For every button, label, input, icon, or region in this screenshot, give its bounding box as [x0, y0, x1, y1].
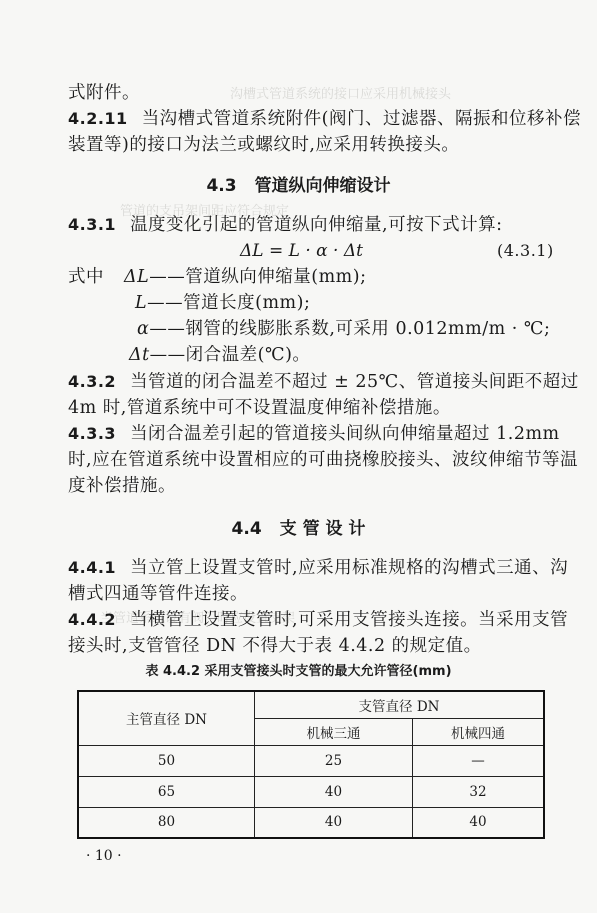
- clause-4-3-2: 4.3.2当管道的闭合温差不超过 ± 25℃、管道接头间距不超过: [68, 369, 538, 395]
- equation-number: (4.3.1): [497, 238, 554, 264]
- clause-number: 4.3.2: [68, 372, 116, 391]
- where-item-delta-t: Δt——闭合温差(℃)。: [129, 342, 597, 368]
- section-title: 支 管 设 计: [280, 519, 366, 539]
- cell-tee: 40: [255, 776, 413, 807]
- text-line: 当立管上设置支管时,应采用标准规格的沟槽式三通、沟: [130, 558, 568, 578]
- table-header-row: 主管直径 DN 支管直径 DN: [78, 691, 544, 718]
- symbol: Δt: [129, 345, 150, 365]
- clause-4-4-2-line2: 接头时,支管管径 DN 不得大于表 4.4.2 的规定值。: [68, 633, 538, 659]
- cell-cross: 40: [413, 807, 545, 838]
- clause-4-3-3: 4.3.3当闭合温差引起的管道接头间纵向伸缩量超过 1.2mm: [68, 421, 538, 447]
- cell-cross: —: [413, 745, 545, 776]
- where-label: 式中: [68, 267, 104, 287]
- cell-cross: 32: [413, 776, 545, 807]
- section-number: 4.3: [206, 176, 236, 196]
- where-item-alpha: α——钢管的线膨胀系数,可采用 0.012mm/m · ℃;: [137, 316, 597, 342]
- subheader-tee: 机械三通: [255, 718, 413, 745]
- cell-main: 80: [78, 807, 255, 838]
- page-number: · 10 ·: [86, 848, 122, 864]
- symbol: ΔL: [124, 267, 149, 287]
- text-line: 装置等)的接口为法兰或螺纹时,应采用转换接头。: [68, 135, 459, 155]
- table-caption: 表 4.4.2 采用支管接头时支管的最大允许管径(mm): [0, 662, 597, 682]
- cell-main: 65: [78, 776, 255, 807]
- text-line: 当沟槽式管道系统附件(阀门、过滤器、隔振和位移补偿: [142, 109, 581, 129]
- clause-4-4-2: 4.4.2当横管上设置支管时,可采用支管接头连接。当采用支管: [68, 607, 538, 633]
- symbol-description: 管道纵向伸缩量(mm);: [185, 267, 366, 287]
- clause-4-4-1-line2: 槽式四通等管件连接。: [68, 581, 538, 607]
- dash: ——: [149, 319, 185, 339]
- symbol: L: [135, 293, 147, 313]
- text-line: 槽式四通等管件连接。: [68, 584, 248, 604]
- formula-rhs: L · α · Δt: [289, 241, 363, 261]
- document-page: 沟槽式管道系统的接口应采用机械接头 管道的支吊架间距应符合规定 当管道系统设有阀…: [0, 0, 597, 913]
- text-line: 当横管上设置支管时,可采用支管接头连接。当采用支管: [130, 610, 568, 630]
- clause-4-2-11-line2: 装置等)的接口为法兰或螺纹时,应采用转换接头。: [68, 132, 538, 158]
- cell-tee: 40: [255, 807, 413, 838]
- symbol-description: 闭合温差(℃)。: [186, 345, 311, 365]
- clause-number: 4.3.1: [68, 215, 116, 234]
- dash: ——: [149, 267, 185, 287]
- cell-tee: 25: [255, 745, 413, 776]
- clause-number: 4.4.1: [68, 558, 116, 577]
- table-row: 65 40 32: [78, 776, 544, 807]
- dash: ——: [147, 293, 183, 313]
- section-heading-4-4: 4.4支 管 设 计: [0, 516, 597, 542]
- clause-number: 4.2.11: [68, 109, 128, 128]
- cell-main: 50: [78, 745, 255, 776]
- dash: ——: [150, 345, 186, 365]
- branch-diameter-table: 主管直径 DN 支管直径 DN 机械三通 机械四通 50 25 — 65 40 …: [77, 690, 545, 839]
- table-row: 80 40 40: [78, 807, 544, 838]
- section-heading-4-3: 4.3管道纵向伸缩设计: [0, 173, 597, 199]
- text-line: 度补偿措施。: [68, 476, 176, 496]
- header-main-diameter: 主管直径 DN: [78, 691, 255, 745]
- text-line: 当管道的闭合温差不超过 ± 25℃、管道接头间距不超过: [130, 372, 579, 392]
- clause-4-3-3-line3: 度补偿措施。: [68, 473, 538, 499]
- symbol-description: 管道长度(mm);: [183, 293, 310, 313]
- clause-number: 4.4.2: [68, 610, 116, 629]
- text-line: 当闭合温差引起的管道接头间纵向伸缩量超过 1.2mm: [130, 424, 560, 444]
- text-line: 时,应在管道系统中设置相应的可曲挠橡胶接头、波纹伸缩节等温: [68, 450, 578, 470]
- formula: ΔL = L · α · Δt: [240, 238, 363, 264]
- text-line: 温度变化引起的管道纵向伸缩量,可按下式计算:: [130, 215, 502, 235]
- symbol-description: 钢管的线膨胀系数,可采用 0.012mm/m · ℃;: [185, 319, 550, 339]
- formula-equals: =: [269, 241, 283, 261]
- paragraph-continuation: 式附件。: [68, 80, 538, 106]
- clause-4-3-2-line2: 4m 时,管道系统中可不设置温度伸缩补偿措施。: [68, 395, 538, 421]
- clause-4-4-1: 4.4.1当立管上设置支管时,应采用标准规格的沟槽式三通、沟: [68, 555, 538, 581]
- clause-4-2-11: 4.2.11当沟槽式管道系统附件(阀门、过滤器、隔振和位移补偿: [68, 106, 538, 132]
- where-item-l: L——管道长度(mm);: [135, 290, 597, 316]
- formula-lhs: ΔL: [240, 241, 264, 261]
- clause-number: 4.3.3: [68, 424, 116, 443]
- symbol: α: [137, 319, 149, 339]
- section-title: 管道纵向伸缩设计: [255, 176, 391, 196]
- text-line: 4m 时,管道系统中可不设置温度伸缩补偿措施。: [68, 398, 451, 418]
- text-line: 式附件。: [68, 83, 140, 103]
- text-line: 接头时,支管管径 DN 不得大于表 4.4.2 的规定值。: [68, 636, 482, 656]
- section-number: 4.4: [232, 519, 262, 539]
- clause-4-3-3-line2: 时,应在管道系统中设置相应的可曲挠橡胶接头、波纹伸缩节等温: [68, 447, 538, 473]
- header-branch-diameter: 支管直径 DN: [255, 691, 545, 718]
- subheader-cross: 机械四通: [413, 718, 545, 745]
- clause-4-3-1: 4.3.1温度变化引起的管道纵向伸缩量,可按下式计算:: [68, 212, 538, 238]
- table-row: 50 25 —: [78, 745, 544, 776]
- where-item-delta-l: 式中ΔL——管道纵向伸缩量(mm);: [68, 264, 538, 290]
